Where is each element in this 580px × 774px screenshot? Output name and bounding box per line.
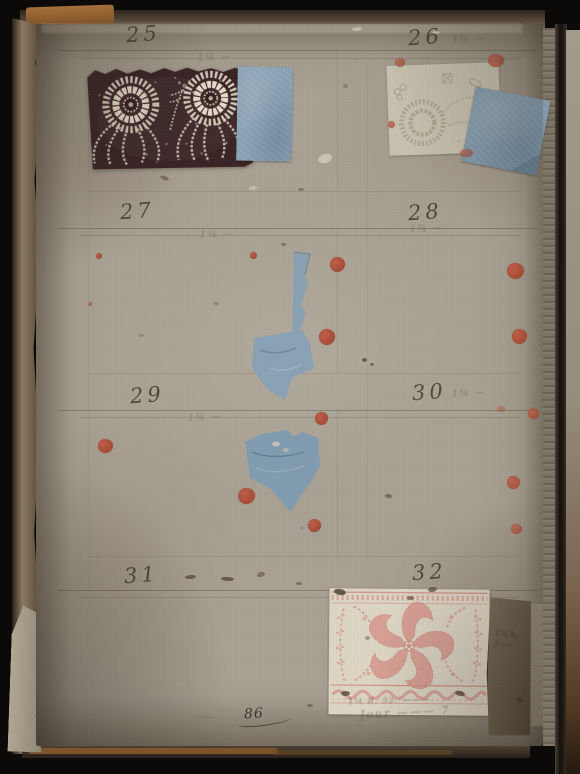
dark-floral-fabric-swatch — [85, 63, 253, 170]
column-divider — [337, 50, 338, 190]
section-rule — [58, 50, 538, 51]
folded-brown-card-flap: 1¼ b. f—— — [484, 597, 534, 736]
section-rule — [88, 556, 520, 557]
faint-note-30: 1¼ — — [452, 388, 487, 399]
section-number-26: 26 — [407, 24, 443, 50]
faint-note-26: 1¼ — — [452, 34, 487, 45]
pinwheel-motif — [364, 598, 455, 693]
section-number-28: 28 — [407, 199, 443, 225]
section-number-25: 25 — [125, 21, 161, 47]
section-rule — [58, 410, 538, 411]
debris-speck — [307, 704, 313, 707]
faint-note-27: 1¼ — — [200, 229, 235, 240]
section-rule — [80, 235, 520, 236]
paper-fold-shadow — [511, 149, 541, 176]
section-rule — [80, 58, 520, 59]
debris-speck — [139, 334, 144, 337]
section-number-27: 27 — [119, 198, 155, 224]
debris-speck — [365, 636, 370, 640]
section-number-29: 29 — [129, 382, 165, 408]
ragged-paper-edge — [42, 24, 522, 33]
section-number-32: 32 — [411, 559, 447, 585]
debris-speck — [407, 596, 414, 600]
cover-leather-strip — [28, 748, 278, 754]
page-crease — [367, 60, 368, 560]
debris-speck — [370, 363, 374, 366]
column-divider — [337, 410, 338, 556]
section-number-31: 31 — [123, 562, 159, 588]
section-rule — [88, 191, 520, 192]
debris-speck — [341, 691, 350, 696]
section-rule — [80, 417, 520, 418]
cover-leather-strip — [272, 750, 452, 755]
blue-paper-square-rotated — [461, 86, 550, 175]
debris-speck — [343, 84, 348, 88]
section-number-30: 30 — [411, 379, 447, 405]
torn-blue-paper-strip — [250, 250, 316, 402]
blue-paper-rectangle — [236, 67, 293, 162]
blue-paper-fragment — [242, 428, 322, 516]
next-page-sliver — [566, 30, 580, 774]
section-rule — [58, 228, 538, 229]
debris-speck — [281, 243, 286, 246]
faint-note-28: 1¼ — — [410, 223, 445, 234]
debris-speck — [298, 188, 304, 191]
faint-note-25: 1¼ — — [198, 52, 233, 63]
photo-background: 25 26 27 28 29 30 31 32 1¼ — 1¼ — 1¼ — 1… — [0, 0, 580, 774]
flap-handwriting: 1¼ b. f—— — [494, 629, 519, 651]
faint-note-29: 1¼ — — [188, 412, 223, 423]
faint-footer-scribble: —— — [195, 712, 215, 723]
debris-speck — [362, 358, 367, 362]
paper-bit — [432, 31, 440, 34]
smudge — [296, 582, 302, 585]
blue-paper-speck — [300, 526, 305, 530]
column-divider — [337, 228, 338, 373]
